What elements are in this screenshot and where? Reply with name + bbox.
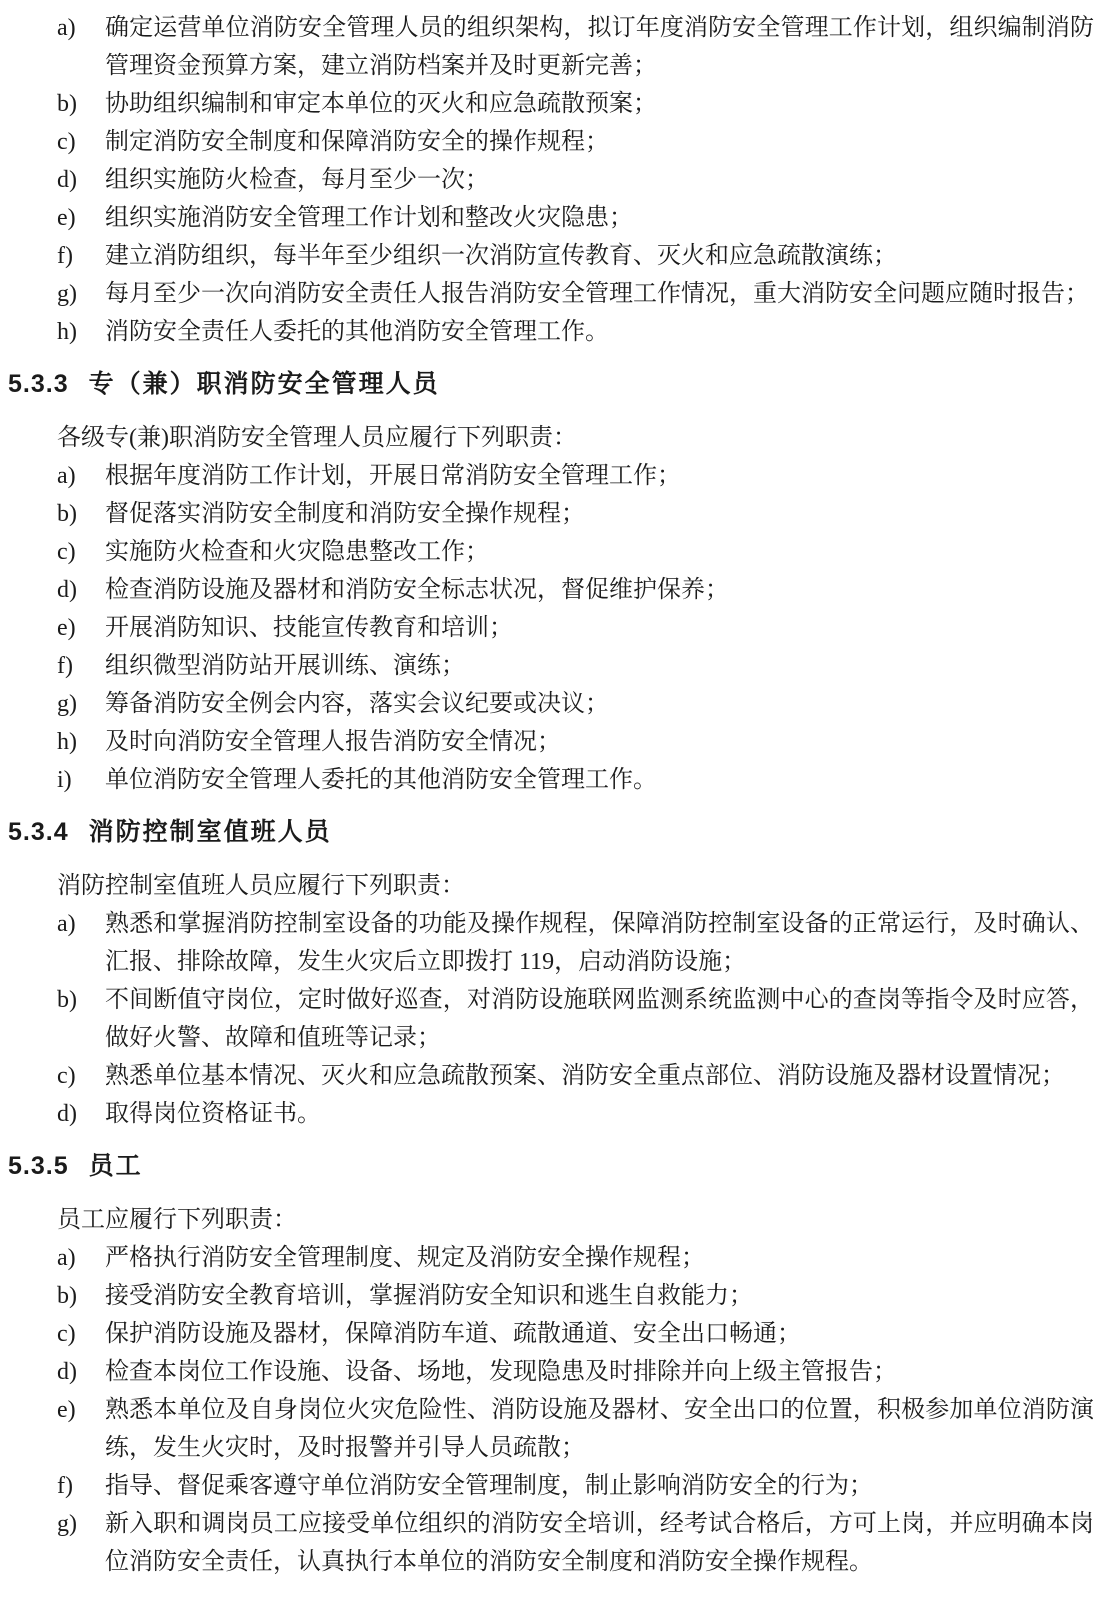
item-label: b): [57, 1277, 105, 1315]
item-label: g): [57, 685, 105, 723]
list-item: i) 单位消防安全管理人委托的其他消防安全管理工作。: [8, 761, 1094, 799]
item-text: 组织微型消防站开展训练、演练；: [105, 647, 1094, 685]
item-label: c): [57, 1057, 105, 1095]
item-text: 消防安全责任人委托的其他消防安全管理工作。: [105, 313, 1094, 351]
section-heading: 5.3.3 专（兼）职消防安全管理人员: [8, 365, 1094, 403]
list-item: a) 熟悉和掌握消防控制室设备的功能及操作规程，保障消防控制室设备的正常运行，及…: [8, 905, 1094, 981]
section-number: 5.3.5: [8, 1147, 69, 1185]
item-text: 及时向消防安全管理人报告消防安全情况；: [105, 723, 1094, 761]
list-item: b) 督促落实消防安全制度和消防安全操作规程；: [8, 495, 1094, 533]
list-item: f) 建立消防组织，每半年至少组织一次消防宣传教育、灭火和应急疏散演练；: [8, 237, 1094, 275]
item-label: c): [57, 123, 105, 161]
item-text: 督促落实消防安全制度和消防安全操作规程；: [105, 495, 1094, 533]
item-label: i): [57, 761, 105, 799]
list-item: h) 消防安全责任人委托的其他消防安全管理工作。: [8, 313, 1094, 351]
item-label: f): [57, 1467, 105, 1505]
item-label: c): [57, 1315, 105, 1353]
item-label: h): [57, 723, 105, 761]
item-label: e): [57, 609, 105, 647]
item-label: e): [57, 1391, 105, 1467]
item-label: a): [57, 457, 105, 495]
item-label: a): [57, 905, 105, 981]
item-label: b): [57, 85, 105, 123]
item-text: 协助组织编制和审定本单位的灭火和应急疏散预案；: [105, 85, 1094, 123]
list-item: d) 检查消防设施及器材和消防安全标志状况，督促维护保养；: [8, 571, 1094, 609]
list-item: g) 筹备消防安全例会内容，落实会议纪要或决议；: [8, 685, 1094, 723]
item-label: d): [57, 1095, 105, 1133]
section-intro: 消防控制室值班人员应履行下列职责：: [57, 867, 1094, 905]
item-text: 熟悉和掌握消防控制室设备的功能及操作规程，保障消防控制室设备的正常运行，及时确认…: [105, 905, 1094, 981]
item-label: e): [57, 199, 105, 237]
section-title: 专（兼）职消防安全管理人员: [89, 365, 440, 403]
item-text: 保护消防设施及器材，保障消防车道、疏散通道、安全出口畅通；: [105, 1315, 1094, 1353]
item-text: 制定消防安全制度和保障消防安全的操作规程；: [105, 123, 1094, 161]
item-text: 严格执行消防安全管理制度、规定及消防安全操作规程；: [105, 1239, 1094, 1277]
list-item: e) 熟悉本单位及自身岗位火灾危险性、消防设施及器材、安全出口的位置，积极参加单…: [8, 1391, 1094, 1467]
item-label: d): [57, 1353, 105, 1391]
item-text: 确定运营单位消防安全管理人员的组织架构，拟订年度消防安全管理工作计划，组织编制消…: [105, 9, 1094, 85]
section-intro: 各级专(兼)职消防安全管理人员应履行下列职责：: [57, 419, 1094, 457]
item-list: a) 根据年度消防工作计划，开展日常消防安全管理工作； b) 督促落实消防安全制…: [8, 457, 1094, 799]
document-section: a) 确定运营单位消防安全管理人员的组织架构，拟订年度消防安全管理工作计划，组织…: [8, 9, 1094, 351]
item-label: g): [57, 1505, 105, 1581]
item-label: d): [57, 161, 105, 199]
item-text: 根据年度消防工作计划，开展日常消防安全管理工作；: [105, 457, 1094, 495]
item-text: 筹备消防安全例会内容，落实会议纪要或决议；: [105, 685, 1094, 723]
list-item: d) 组织实施防火检查，每月至少一次；: [8, 161, 1094, 199]
list-item: c) 熟悉单位基本情况、灭火和应急疏散预案、消防安全重点部位、消防设施及器材设置…: [8, 1057, 1094, 1095]
item-text: 组织实施消防安全管理工作计划和整改火灾隐患；: [105, 199, 1094, 237]
list-item: d) 检查本岗位工作设施、设备、场地，发现隐患及时排除并向上级主管报告；: [8, 1353, 1094, 1391]
item-text: 实施防火检查和火灾隐患整改工作；: [105, 533, 1094, 571]
section-title: 员工: [89, 1147, 143, 1185]
item-text: 检查消防设施及器材和消防安全标志状况，督促维护保养；: [105, 571, 1094, 609]
document-section: 5.3.5 员工 员工应履行下列职责： a) 严格执行消防安全管理制度、规定及消…: [8, 1147, 1094, 1581]
item-label: d): [57, 571, 105, 609]
list-item: f) 指导、督促乘客遵守单位消防安全管理制度，制止影响消防安全的行为；: [8, 1467, 1094, 1505]
item-label: a): [57, 1239, 105, 1277]
item-label: c): [57, 533, 105, 571]
item-text: 不间断值守岗位，定时做好巡查，对消防设施联网监测系统监测中心的查岗等指令及时应答…: [105, 981, 1094, 1057]
document-section: 5.3.4 消防控制室值班人员 消防控制室值班人员应履行下列职责： a) 熟悉和…: [8, 813, 1094, 1133]
list-item: c) 实施防火检查和火灾隐患整改工作；: [8, 533, 1094, 571]
list-item: e) 组织实施消防安全管理工作计划和整改火灾隐患；: [8, 199, 1094, 237]
list-item: b) 协助组织编制和审定本单位的灭火和应急疏散预案；: [8, 85, 1094, 123]
item-text: 单位消防安全管理人委托的其他消防安全管理工作。: [105, 761, 1094, 799]
item-text: 熟悉单位基本情况、灭火和应急疏散预案、消防安全重点部位、消防设施及器材设置情况；: [105, 1057, 1094, 1095]
item-label: a): [57, 9, 105, 85]
item-text: 接受消防安全教育培训，掌握消防安全知识和逃生自救能力；: [105, 1277, 1094, 1315]
item-text: 组织实施防火检查，每月至少一次；: [105, 161, 1094, 199]
list-item: a) 根据年度消防工作计划，开展日常消防安全管理工作；: [8, 457, 1094, 495]
list-item: h) 及时向消防安全管理人报告消防安全情况；: [8, 723, 1094, 761]
list-item: c) 制定消防安全制度和保障消防安全的操作规程；: [8, 123, 1094, 161]
item-text: 建立消防组织，每半年至少组织一次消防宣传教育、灭火和应急疏散演练；: [105, 237, 1094, 275]
section-heading: 5.3.4 消防控制室值班人员: [8, 813, 1094, 851]
item-text: 指导、督促乘客遵守单位消防安全管理制度，制止影响消防安全的行为；: [105, 1467, 1094, 1505]
document-section: 5.3.3 专（兼）职消防安全管理人员 各级专(兼)职消防安全管理人员应履行下列…: [8, 365, 1094, 799]
section-intro: 员工应履行下列职责：: [57, 1201, 1094, 1239]
section-number: 5.3.3: [8, 365, 69, 403]
item-text: 取得岗位资格证书。: [105, 1095, 1094, 1133]
item-text: 每月至少一次向消防安全责任人报告消防安全管理工作情况，重大消防安全问题应随时报告…: [105, 275, 1094, 313]
list-item: c) 保护消防设施及器材，保障消防车道、疏散通道、安全出口畅通；: [8, 1315, 1094, 1353]
list-item: b) 不间断值守岗位，定时做好巡查，对消防设施联网监测系统监测中心的查岗等指令及…: [8, 981, 1094, 1057]
item-text: 新入职和调岗员工应接受单位组织的消防安全培训，经考试合格后，方可上岗，并应明确本…: [105, 1505, 1094, 1581]
item-label: b): [57, 981, 105, 1057]
section-number: 5.3.4: [8, 813, 69, 851]
list-item: f) 组织微型消防站开展训练、演练；: [8, 647, 1094, 685]
item-list: a) 确定运营单位消防安全管理人员的组织架构，拟订年度消防安全管理工作计划，组织…: [8, 9, 1094, 351]
section-title: 消防控制室值班人员: [89, 813, 332, 851]
list-item: a) 确定运营单位消防安全管理人员的组织架构，拟订年度消防安全管理工作计划，组织…: [8, 9, 1094, 85]
item-text: 检查本岗位工作设施、设备、场地，发现隐患及时排除并向上级主管报告；: [105, 1353, 1094, 1391]
document-page: a) 确定运营单位消防安全管理人员的组织架构，拟订年度消防安全管理工作计划，组织…: [0, 0, 1102, 1600]
item-label: h): [57, 313, 105, 351]
item-list: a) 熟悉和掌握消防控制室设备的功能及操作规程，保障消防控制室设备的正常运行，及…: [8, 905, 1094, 1133]
item-label: f): [57, 647, 105, 685]
item-label: g): [57, 275, 105, 313]
list-item: g) 新入职和调岗员工应接受单位组织的消防安全培训，经考试合格后，方可上岗，并应…: [8, 1505, 1094, 1581]
list-item: g) 每月至少一次向消防安全责任人报告消防安全管理工作情况，重大消防安全问题应随…: [8, 275, 1094, 313]
list-item: a) 严格执行消防安全管理制度、规定及消防安全操作规程；: [8, 1239, 1094, 1277]
list-item: d) 取得岗位资格证书。: [8, 1095, 1094, 1133]
item-label: b): [57, 495, 105, 533]
list-item: e) 开展消防知识、技能宣传教育和培训；: [8, 609, 1094, 647]
item-list: a) 严格执行消防安全管理制度、规定及消防安全操作规程； b) 接受消防安全教育…: [8, 1239, 1094, 1581]
item-text: 熟悉本单位及自身岗位火灾危险性、消防设施及器材、安全出口的位置，积极参加单位消防…: [105, 1391, 1094, 1467]
list-item: b) 接受消防安全教育培训，掌握消防安全知识和逃生自救能力；: [8, 1277, 1094, 1315]
section-heading: 5.3.5 员工: [8, 1147, 1094, 1185]
item-label: f): [57, 237, 105, 275]
item-text: 开展消防知识、技能宣传教育和培训；: [105, 609, 1094, 647]
